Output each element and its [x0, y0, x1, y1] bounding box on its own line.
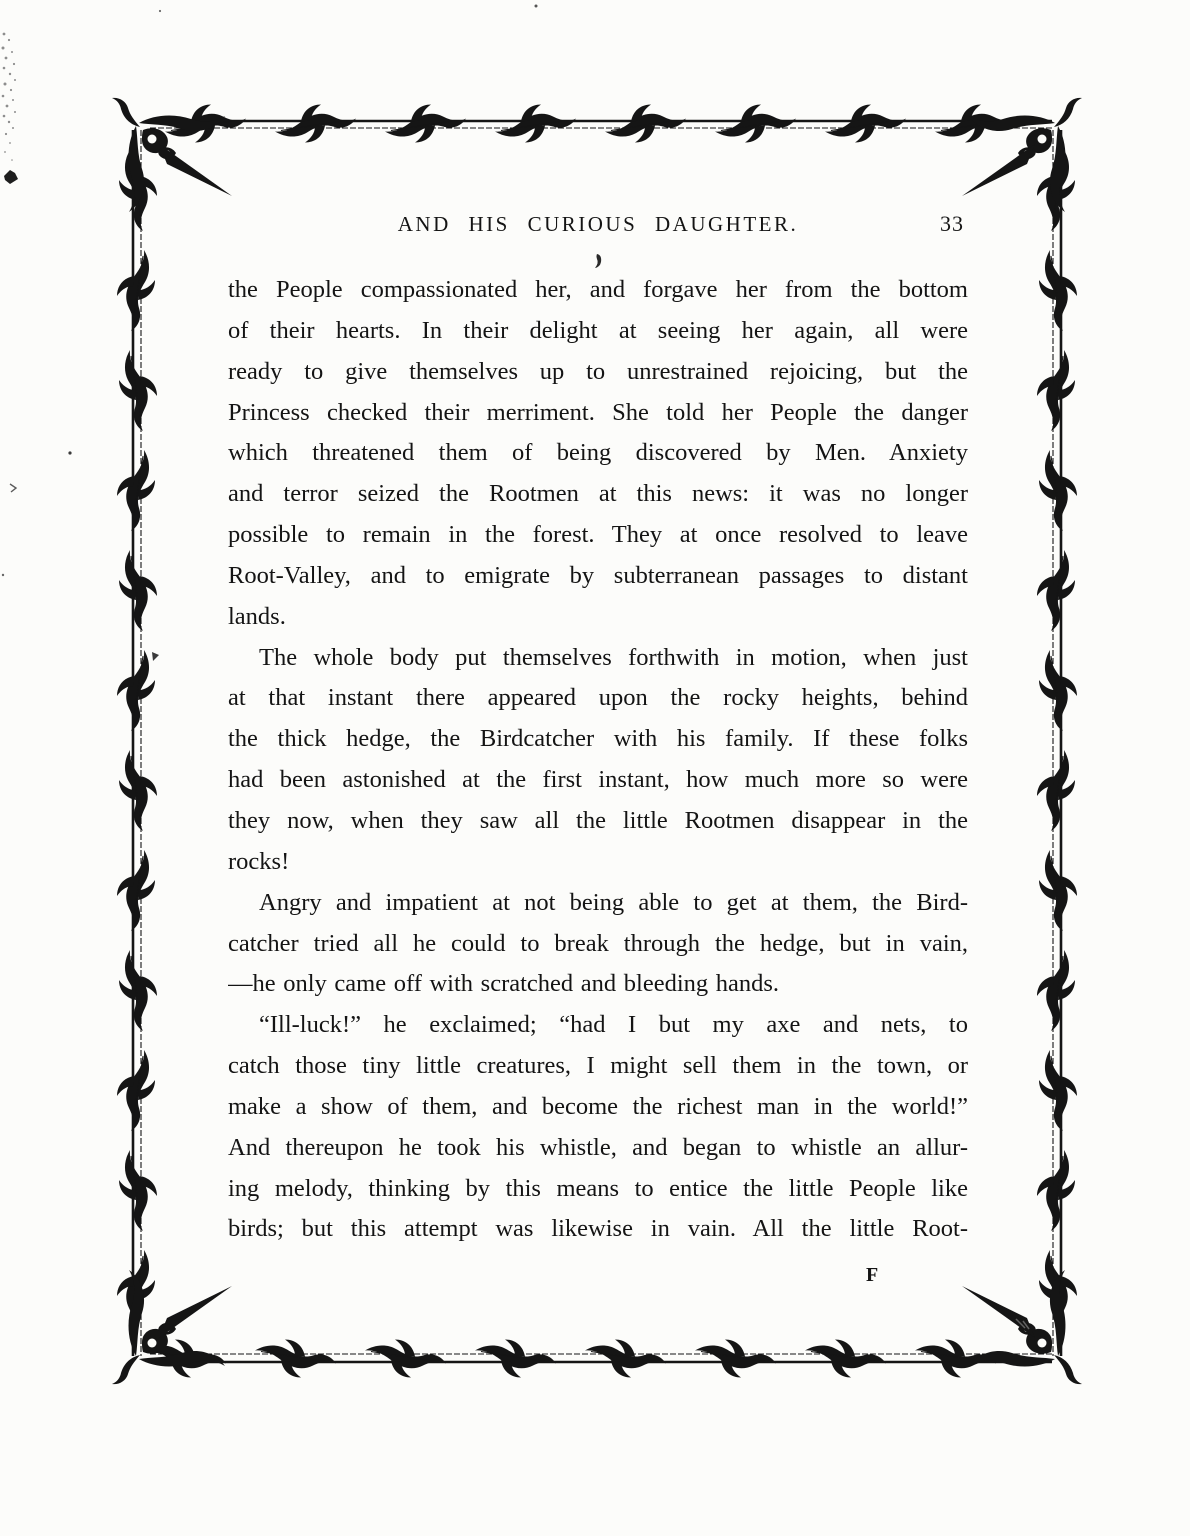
corner-flourish-bottom-left: [112, 1270, 232, 1384]
text-line: rocks!: [228, 842, 968, 883]
scan-stipple-noise: [2, 33, 17, 161]
text-line: which threatened them of being discovere…: [228, 433, 968, 474]
text-line: —he only came off with scratched and ble…: [228, 964, 968, 1005]
text-line: at that instant there appeared upon the …: [228, 678, 968, 719]
text-line: birds; but this attempt was likewise in …: [228, 1209, 968, 1250]
text-line: Angry and impatient at not being able to…: [228, 883, 968, 924]
text-line: ready to give themselves up to unrestrai…: [228, 352, 968, 393]
body-text: the People compassionated her, and forga…: [228, 270, 968, 1250]
text-line: possible to remain in the forest. They a…: [228, 515, 968, 556]
text-line: and terror seized the Rootmen at this ne…: [228, 474, 968, 515]
top-border-vine: [165, 105, 1016, 143]
corner-flourish-top-right: [962, 98, 1082, 212]
text-line: lands.: [228, 597, 968, 638]
text-line: Root-Valley, and to emigrate by subterra…: [228, 556, 968, 597]
header-title: AND HIS CURIOUS DAUGHTER.: [228, 212, 968, 237]
signature-mark: F: [866, 1264, 879, 1287]
corner-flourish-top-left: [112, 98, 232, 212]
text-line: “Ill-luck!” he exclaimed; “had I but my …: [228, 1005, 968, 1046]
bottom-border-vine: [145, 1340, 996, 1378]
text-line: had been astonished at the first instant…: [228, 760, 968, 801]
right-border-vine: [1037, 150, 1077, 1331]
text-line: catch those tiny little creatures, I mig…: [228, 1046, 968, 1087]
left-border-vine: [117, 150, 157, 1331]
text-line: they now, when they saw all the little R…: [228, 801, 968, 842]
text-line: make a show of them, and become the rich…: [228, 1087, 968, 1128]
text-line: Princess checked their merriment. She to…: [228, 393, 968, 434]
corner-flourish-bottom-right: [962, 1270, 1082, 1384]
text-line: of their hearts. In their delight at see…: [228, 311, 968, 352]
running-header: AND HIS CURIOUS DAUGHTER. 33: [228, 212, 968, 238]
book-page-scan: AND HIS CURIOUS DAUGHTER. 33 the People …: [0, 0, 1190, 1536]
page-number: 33: [940, 211, 964, 237]
text-line: And thereupon he took his whistle, and b…: [228, 1128, 968, 1169]
text-line: catcher tried all he could to break thro…: [228, 924, 968, 965]
text-line: the thick hedge, the Birdcatcher with hi…: [228, 719, 968, 760]
text-line: ing melody, thinking by this means to en…: [228, 1169, 968, 1210]
text-line: The whole body put themselves forthwith …: [228, 638, 968, 679]
text-line: the People compassionated her, and forga…: [228, 270, 968, 311]
